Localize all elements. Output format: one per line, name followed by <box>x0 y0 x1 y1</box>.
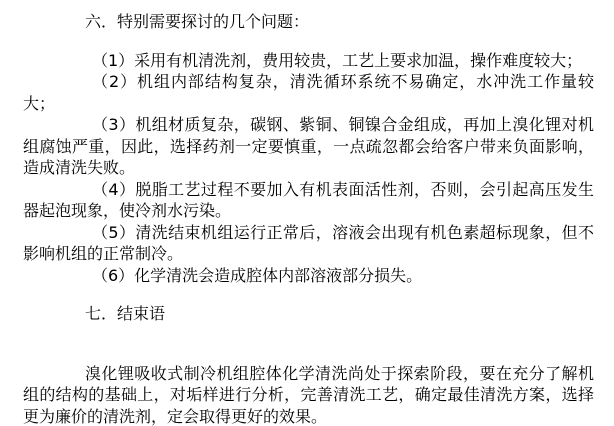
closing-paragraph: 溴化锂吸收式制冷机组腔体化学清洗尚处于探索阶段，要在充分了解机组的结构的基础上，… <box>23 363 594 426</box>
list-item-2: （2）机组内部结构复杂，清洗循环系统不易确定，水冲洗工作量较大； <box>23 71 594 114</box>
section-seven-heading: 七．结束语 <box>23 303 594 325</box>
document-page: 六．特别需要探讨的几个问题： （1）采用有机清洗剂，费用较贵，工艺上要求加温，操… <box>0 0 614 426</box>
list-item-6: （6）化学清洗会造成腔体内部溶液部分损失。 <box>23 265 594 287</box>
list-item-4: （4）脱脂工艺过程不要加入有机表面活性剂，否则，会引起高压发生器起泡现象，使冷剂… <box>23 179 594 222</box>
section-six-heading: 六．特别需要探讨的几个问题： <box>23 11 594 33</box>
list-item-3: （3）机组材质复杂，碳钢、紫铜、铜镍合金组成，再加上溴化锂对机组腐蚀严重，因此，… <box>23 114 594 179</box>
list-item-1: （1）采用有机清洗剂，费用较贵，工艺上要求加温，操作难度较大； <box>23 50 594 72</box>
list-item-5: （5）清洗结束机组运行正常后，溶液会出现有机色素超标现象，但不影响机组的正常制冷… <box>23 222 594 265</box>
